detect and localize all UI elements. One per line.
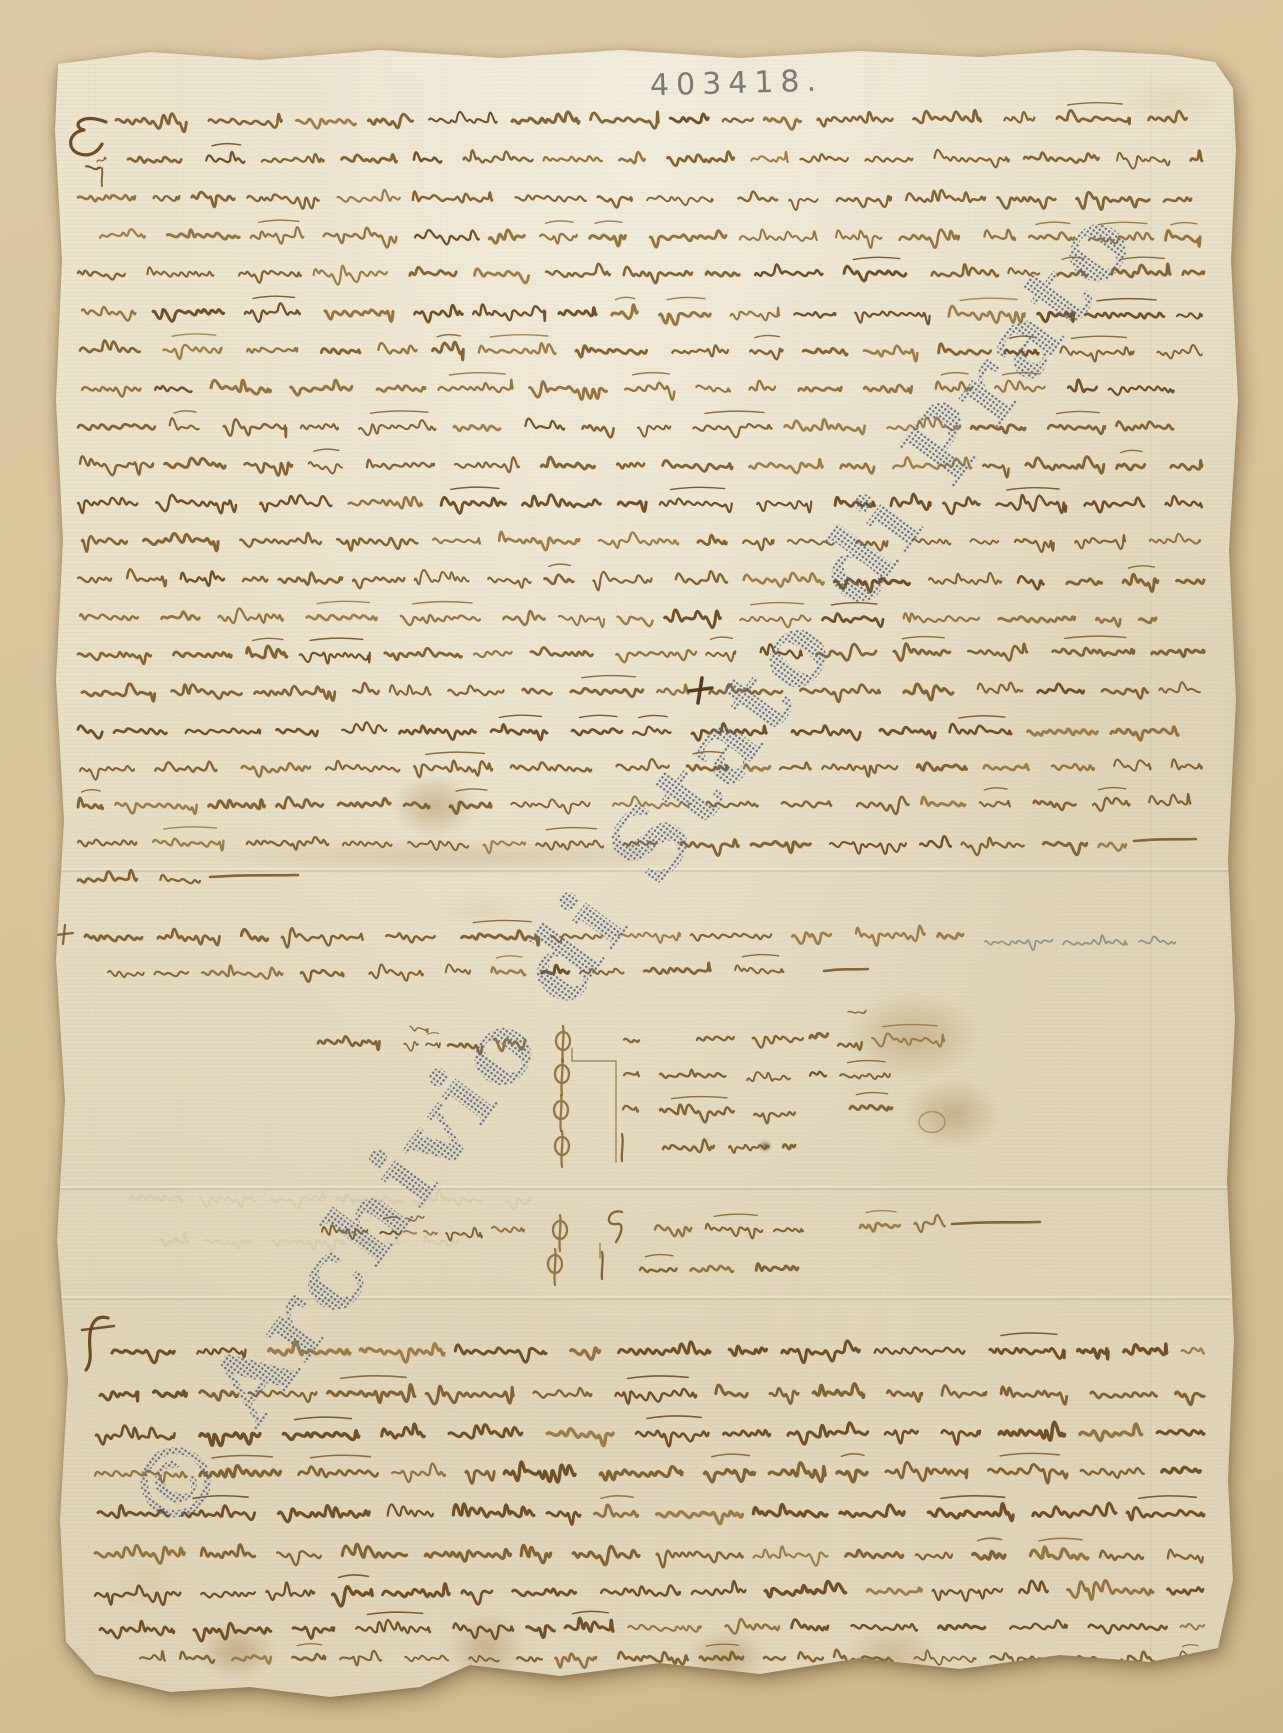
handwriting-ink <box>0 0 1283 1733</box>
manuscript-paper: 403418. © Archivio di Stato di Prato <box>0 0 1283 1733</box>
archive-number: 403418. <box>650 64 824 104</box>
photo-background: 403418. © Archivio di Stato di Prato <box>0 0 1283 1733</box>
paper-shadow: 403418. © Archivio di Stato di Prato <box>0 0 1283 1733</box>
